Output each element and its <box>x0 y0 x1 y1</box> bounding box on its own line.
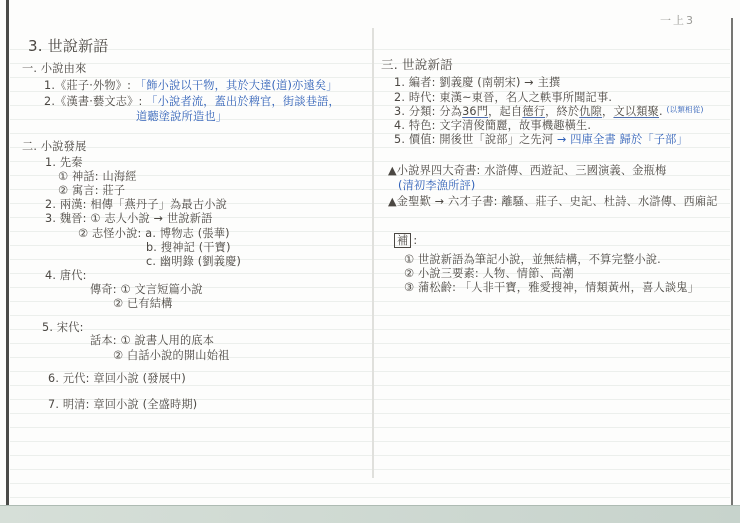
note-segment: ① 世說新語為筆記小說，並無結構，不算完整小說. <box>404 253 661 266</box>
note-segment: 3. 分類: 分為 <box>394 105 462 118</box>
note-segment: ， <box>602 105 613 118</box>
right-title: 三. 世說新語 <box>381 58 453 72</box>
note-segment: ，終於 <box>545 105 579 118</box>
boxed-label: 補 <box>394 233 411 248</box>
note-segment: ② 小說三要素: 人物、情節、高潮 <box>404 267 574 280</box>
right-page: 三. 世說新語1. 編者: 劉義慶 (南朝宋) → 主撰2. 時代: 東漢~東晉… <box>0 0 740 523</box>
note-segment: (以類相從) <box>667 105 704 114</box>
six-genius-books: ▲金聖歎 → 六才子書: 離騷、莊子、史記、杜詩、水滸傳、西廂記 <box>388 196 718 209</box>
supplement-1: ① 世說新語為筆記小說，並無結構，不算完整小說. <box>404 254 661 267</box>
supplement-label: 補: <box>394 233 417 248</box>
supplement-3: ③ 蒲松齡: 「人非干寶，雅愛搜神，情類黃州，喜人談鬼」 <box>404 282 699 295</box>
four-great-novels: ▲小說界四大奇書: 水滸傳、西遊記、三國演義、金瓶梅 <box>388 165 666 178</box>
shishuo-era: 2. 時代: 東漢~東晉，名人之軼事所聞記事. <box>394 92 612 105</box>
note-segment: ▲金聖歎 → 六才子書: 離騷、莊子、史記、杜詩、水滸傳、西廂記 <box>388 195 718 208</box>
note-segment: 5. 價值: 開後世「說部」之先河 <box>394 133 557 146</box>
note-segment: (清初李漁所評) <box>398 179 475 192</box>
note-segment: 德行 <box>522 105 545 118</box>
note-segment: 仇隙 <box>579 105 602 118</box>
note-segment: 4. 特色: 文字清俊簡麗，故事機趣橫生. <box>394 119 591 132</box>
note-segment: 三. 世說新語 <box>381 57 453 72</box>
note-segment: : <box>413 234 417 247</box>
note-segment: 文以類聚 <box>613 105 659 118</box>
supplement-2: ② 小說三要素: 人物、情節、高潮 <box>404 268 574 281</box>
shishuo-author: 1. 編者: 劉義慶 (南朝宋) → 主撰 <box>394 77 560 90</box>
note-segment: . <box>659 105 667 118</box>
note-segment: ▲小說界四大奇書: 水滸傳、西遊記、三國演義、金瓶梅 <box>388 164 666 177</box>
note-segment: 2. 時代: 東漢~東晉，名人之軼事所聞記事. <box>394 91 612 104</box>
note-segment: ③ 蒲松齡: 「人非干寶，雅愛搜神，情類黃州，喜人談鬼」 <box>404 281 699 294</box>
shishuo-value: 5. 價值: 開後世「說部」之先河 → 四庫全書 歸於「子部」 <box>394 134 688 147</box>
note-segment: 36門 <box>462 105 488 118</box>
notebook-scan: 一上3 3. 世說新語一. 小說由來1.《莊子·外物》: 「飾小說以干物，其於大… <box>0 0 740 523</box>
note-segment: ，起自 <box>488 105 522 118</box>
shishuo-category: 3. 分類: 分為36門，起自德行，終於仇隙，文以類聚. (以類相從) <box>394 106 704 119</box>
note-segment: 1. 編者: 劉義慶 (南朝宋) → 主撰 <box>394 76 560 89</box>
four-great-novels-note: (清初李漁所評) <box>398 180 475 193</box>
shishuo-style: 4. 特色: 文字清俊簡麗，故事機趣橫生. <box>394 120 591 133</box>
note-segment: → 四庫全書 歸於「子部」 <box>557 133 688 146</box>
